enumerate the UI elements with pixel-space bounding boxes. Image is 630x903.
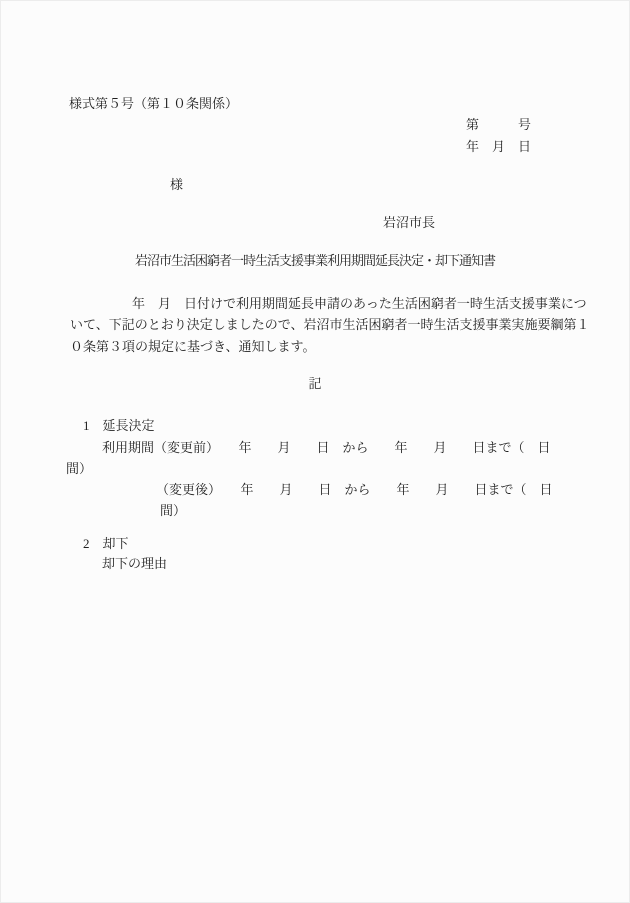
form-number: 様式第５号（第１０条関係） — [69, 97, 238, 110]
document-title: 岩沼市生活困窮者一時生活支援事業利用期間延長決定・却下通知書 — [0, 254, 630, 267]
sender-name: 岩沼市長 — [383, 216, 435, 229]
period-after-line-1: （変更後） 年 月 日 から 年 月 日まで（ 日 — [156, 483, 553, 496]
rejection-reason-label: 却下の理由 — [102, 557, 167, 570]
document-number-line: 第 号 — [466, 118, 531, 131]
body-paragraph-line-1: 年 月 日付けで利用期間延長申請のあった生活困窮者一時生活支援事業につ — [132, 297, 587, 310]
period-before-line-2: 間） — [66, 462, 92, 475]
record-marker: 記 — [0, 377, 630, 390]
addressee-suffix: 様 — [170, 178, 183, 191]
section-2-heading: 2 却下 — [83, 537, 129, 550]
period-after-line-2: 間） — [160, 504, 186, 517]
notice-document-page: 様式第５号（第１０条関係） 第 号 年 月 日 様 岩沼市長 岩沼市生活困窮者一… — [0, 0, 630, 903]
period-before-line-1: 利用期間（変更前） 年 月 日 から 年 月 日まで（ 日 — [102, 441, 551, 454]
date-line: 年 月 日 — [466, 140, 531, 153]
body-paragraph-line-3: ０条第３項の規定に基づき、通知します。 — [70, 340, 315, 353]
section-1-heading: 1 延長決定 — [83, 419, 155, 432]
body-paragraph-line-2: いて、下記のとおり決定しましたので、岩沼市生活困窮者一時生活支援事業実施要綱第１ — [70, 318, 589, 331]
